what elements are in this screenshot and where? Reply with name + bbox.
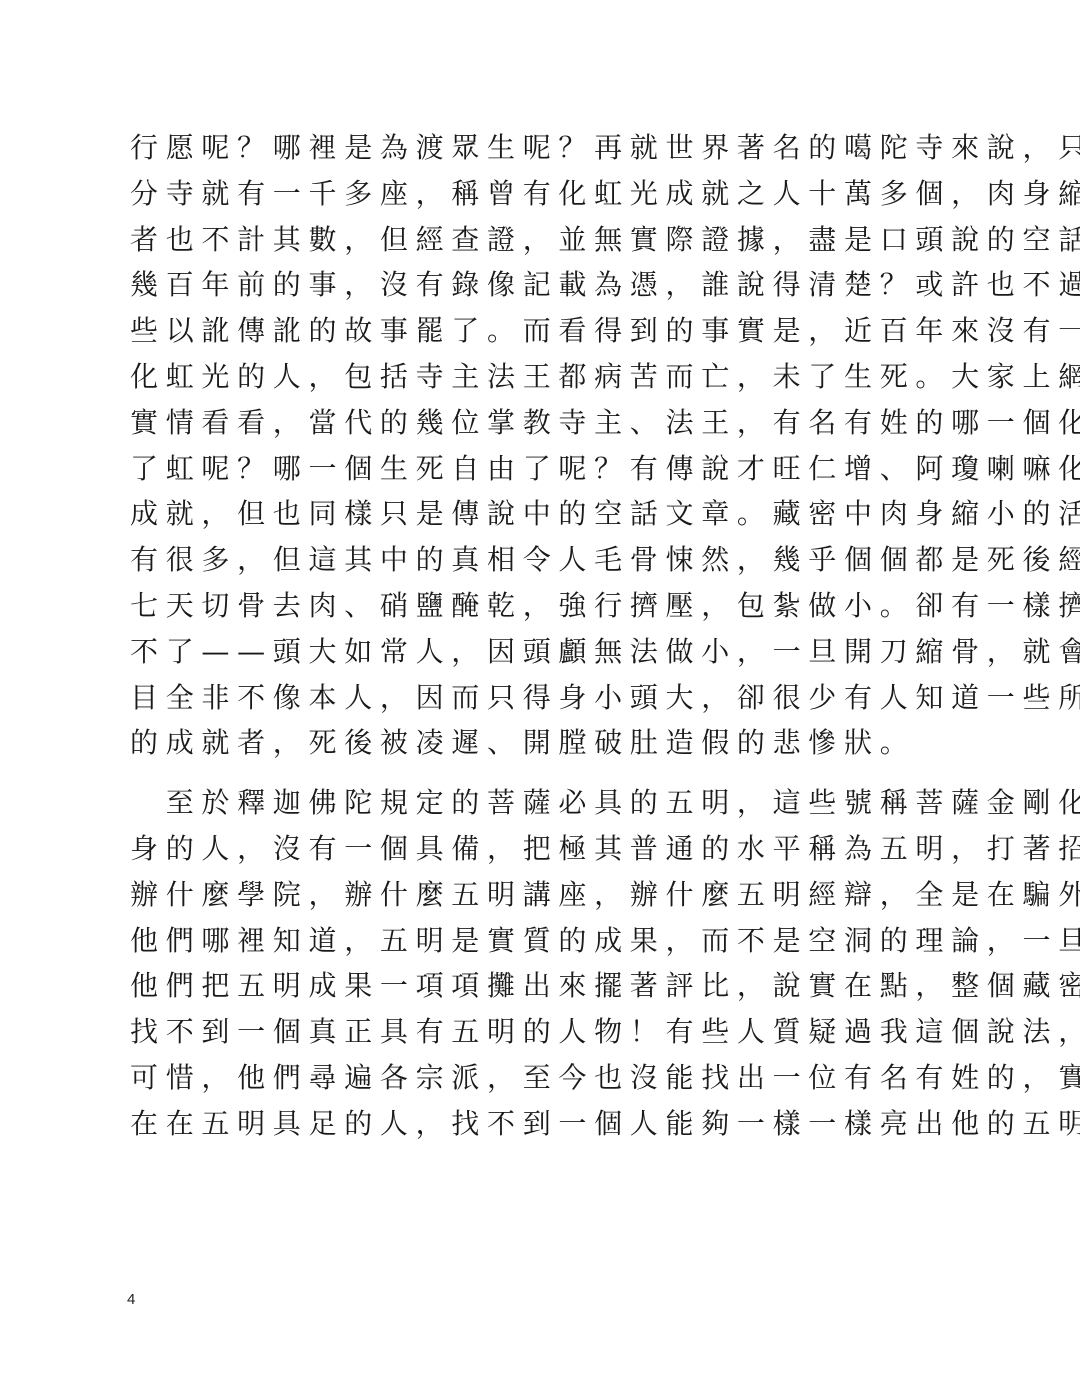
text-line: 七天切骨去肉、硝鹽醃乾，強行擠壓，包紮做小。卻有一樣擠壓 [130,583,930,629]
text-line: 些以訛傳訛的故事罷了。而看得到的事實是，近百年來沒有一例 [130,308,930,354]
text-line: 化虹光的人，包括寺主法王都病苦而亡，未了生死。大家上網查 [130,354,930,400]
text-line: 辦什麼學院，辦什麼五明講座，辦什麼五明經辯，全是在騙外行！ [130,872,930,918]
text-line: 分寺就有一千多座，稱曾有化虹光成就之人十萬多個，肉身縮小 [130,171,930,217]
text-line: 不了——頭大如常人，因頭顱無法做小，一旦開刀縮骨，就會面 [130,629,930,675]
text-line: 至於釋迦佛陀規定的菩薩必具的五明，這些號稱菩薩金剛化 [130,780,930,826]
text-line: 的成就者，死後被凌遲、開膛破肚造假的悲慘狀。 [130,720,930,766]
text-line: 有很多，但這其中的真相令人毛骨悚然，幾乎個個都是死後經過 [130,537,930,583]
text-line: 可惜，他們尋遍各宗派，至今也沒能找出一位有名有姓的，實實 [130,1055,930,1101]
text-line: 目全非不像本人，因而只得身小頭大，卻很少有人知道一些所謂 [130,675,930,721]
paragraph-spacing [130,766,930,780]
document-page: 行愿呢？哪裡是為渡眾生呢？再就世界著名的噶陀寺來說，只是 分寺就有一千多座，稱曾… [0,0,1080,1397]
text-line: 幾百年前的事，沒有錄像記載為憑，誰說得清楚？或許也不過是 [130,262,930,308]
text-line: 身的人，沒有一個具備，把極其普通的水平稱為五明，打著招牌 [130,826,930,872]
text-line: 找不到一個真正具有五明的人物！有些人質疑過我這個說法，只 [130,1009,930,1055]
paragraph-1: 行愿呢？哪裡是為渡眾生呢？再就世界著名的噶陀寺來說，只是 分寺就有一千多座，稱曾… [130,125,930,766]
text-line: 他們哪裡知道，五明是實質的成果，而不是空洞的理論，一旦讓 [130,918,930,964]
text-line: 他們把五明成果一項項攤出來擺著評比，說實在點，整個藏密都 [130,963,930,1009]
text-line: 者也不計其數，但經查證，並無實際證據，盡是口頭說的空話。 [130,217,930,263]
text-line: 成就，但也同樣只是傳說中的空話文章。藏密中肉身縮小的活佛 [130,491,930,537]
text-line: 實情看看，當代的幾位掌教寺主、法王，有名有姓的哪一個化成 [130,400,930,446]
text-line: 行愿呢？哪裡是為渡眾生呢？再就世界著名的噶陀寺來說，只是 [130,125,930,171]
text-line: 在在五明具足的人，找不到一個人能夠一樣一樣亮出他的五明成 [130,1101,930,1147]
paragraph-2: 至於釋迦佛陀規定的菩薩必具的五明，這些號稱菩薩金剛化 身的人，沒有一個具備，把極… [130,780,930,1146]
body-text: 行愿呢？哪裡是為渡眾生呢？再就世界著名的噶陀寺來說，只是 分寺就有一千多座，稱曾… [130,125,930,1147]
text-line: 了虹呢？哪一個生死自由了呢？有傳說才旺仁增、阿瓊喇嘛化虹 [130,446,930,492]
page-number: 4 [127,1291,135,1308]
